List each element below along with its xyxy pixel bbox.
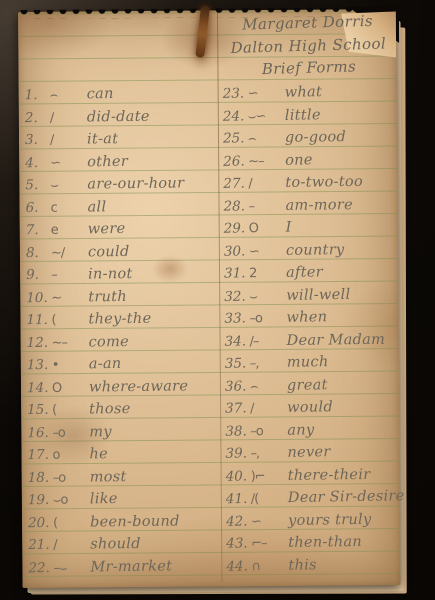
word-label: those (89, 402, 131, 418)
brief-form-row: 4.∽other (25, 147, 128, 171)
row-number: 20. (28, 516, 53, 531)
row-number: 10. (26, 291, 51, 306)
brief-form-row: 13.•a-an (27, 350, 122, 374)
shorthand-symbol: e (51, 223, 88, 239)
brief-form-row: 20.(been-bound (28, 507, 180, 531)
row-number: 29. (224, 222, 249, 237)
brief-form-row: 10.∼truth (26, 282, 127, 306)
shorthand-symbol: o (52, 448, 89, 463)
shorthand-symbol: 2 (249, 266, 286, 281)
brief-form-row: 33.–owhen (224, 303, 327, 327)
row-number: 31. (224, 267, 249, 282)
shorthand-symbol: –o (250, 424, 287, 440)
word-label: go-good (285, 130, 346, 146)
row-number: 32. (224, 290, 249, 305)
word-label: when (286, 310, 327, 326)
brief-form-row: 5.⌣are-our-hour (25, 169, 184, 193)
brief-form-row: 3.∕it-at (25, 125, 119, 148)
row-number: 19. (28, 494, 53, 509)
shorthand-symbol: c (50, 200, 87, 215)
row-number: 18. (28, 471, 53, 486)
word-label: come (89, 335, 130, 351)
row-number: 44. (226, 560, 251, 575)
word-label: he (89, 447, 108, 463)
brief-form-row: 14.Owhere-aware (27, 372, 189, 396)
shorthand-symbol: ∼∕ (51, 245, 88, 260)
word-label: all (87, 200, 106, 216)
row-number: 17. (27, 449, 52, 464)
shorthand-symbol: ( (53, 515, 90, 530)
brief-form-row: 34.∕–Dear Madam (224, 325, 385, 349)
brief-form-row: 29.OI (223, 214, 291, 238)
brief-form-row: 15.(those (27, 395, 131, 418)
brief-form-row: 11.(they-the (26, 305, 151, 329)
word-label: Dear Madam (287, 332, 386, 349)
word-label: one (285, 153, 313, 169)
shorthand-symbol: • (52, 358, 89, 374)
word-label: been-bound (90, 514, 180, 531)
row-number: 7. (26, 224, 51, 239)
shorthand-symbol: ∼– (248, 154, 285, 170)
word-label: am-more (285, 198, 353, 214)
row-number: 33. (224, 312, 249, 327)
shorthand-symbol: ∽ (50, 155, 87, 171)
shorthand-symbol: O (52, 381, 89, 396)
row-number: 27. (223, 178, 248, 193)
row-number: 23. (223, 87, 248, 102)
shorthand-symbol: ∕ (53, 538, 90, 553)
shorthand-symbol: ⌢ (250, 379, 287, 395)
shorthand-symbol: ∼– (52, 335, 89, 350)
brief-form-row: 43.⌐–then-than (226, 528, 362, 552)
brief-form-row: 42.∽yours truly (226, 505, 372, 530)
word-label: most (90, 470, 127, 486)
word-label: my (89, 425, 112, 441)
row-number: 3. (25, 134, 50, 149)
brief-form-row: 31.2after (224, 258, 323, 282)
brief-form-row: 37.∕would (225, 393, 333, 417)
brief-form-row: 28.–am-more (223, 191, 353, 215)
shorthand-symbol: ∕ (248, 176, 285, 192)
brief-form-row: 38.–oany (225, 416, 314, 440)
shorthand-symbol: ∕ (50, 133, 87, 148)
brief-form-row: 9.–in-not (26, 260, 133, 283)
brief-form-row: 35.–,much (225, 348, 329, 372)
brief-form-row: 8.∼∕could (26, 237, 130, 261)
word-label: where-aware (89, 379, 188, 396)
brief-form-row: 22.–⌣Mr-market (28, 552, 172, 577)
word-label: should (90, 537, 141, 553)
shorthand-symbol: ∩ (251, 559, 288, 575)
row-number: 30. (224, 245, 249, 260)
word-label: much (287, 355, 329, 371)
brief-form-row: 40.)⌐there-their (225, 460, 370, 484)
row-number: 38. (225, 425, 250, 440)
word-label: yours truly (288, 512, 372, 529)
shorthand-symbol: )⌐ (251, 469, 288, 484)
row-number: 43. (226, 537, 251, 552)
row-number: 37. (225, 402, 250, 417)
shorthand-symbol: ∕– (250, 334, 287, 349)
brief-form-row: 36.⌢great (225, 371, 328, 395)
shorthand-symbol: –, (250, 446, 287, 462)
row-number: 21. (28, 539, 53, 554)
shorthand-symbol: – (248, 199, 285, 214)
row-number: 11. (26, 314, 51, 329)
row-number: 22. (28, 562, 53, 577)
shorthand-symbol: –, (250, 356, 287, 372)
shorthand-symbol: ∕ (50, 110, 87, 125)
shorthand-symbol: –o (249, 311, 286, 327)
brief-form-row: 24.⌣∽little (223, 101, 321, 125)
word-label: can (87, 87, 114, 103)
shorthand-symbol: ∽ (248, 86, 285, 102)
word-label: what (285, 85, 323, 101)
row-number: 41. (226, 493, 251, 508)
shorthand-symbol: – (51, 268, 88, 283)
word-label: could (88, 244, 130, 260)
word-label: like (90, 492, 118, 508)
row-number: 16. (27, 426, 52, 441)
brief-form-row: 23.∽what (222, 78, 322, 102)
row-number: 8. (26, 246, 51, 261)
brief-form-row: 21.∕should (28, 530, 141, 553)
brief-form-row: 26.∼–one (223, 146, 313, 170)
brief-form-row: 18.–omost (28, 463, 127, 486)
brief-form-row: 19.⌣olike (28, 485, 118, 509)
brief-form-row: 17.ohe (27, 440, 108, 463)
brief-form-row: 39.–,never (225, 438, 330, 462)
brief-form-row: 16.–omy (27, 418, 112, 442)
word-label: to-two-too (285, 175, 363, 192)
word-label: will-well (286, 287, 350, 304)
row-number: 40. (226, 470, 251, 485)
brief-form-row: 27.∕to-two-too (223, 168, 363, 193)
row-number: 35. (225, 357, 250, 372)
word-label: there-their (288, 467, 371, 484)
row-number: 26. (223, 155, 248, 170)
shorthand-symbol: ∽ (249, 244, 286, 260)
word-label: a-an (89, 357, 122, 373)
shorthand-symbol: ∕( (251, 492, 288, 508)
word-label: never (287, 445, 330, 461)
row-number: 34. (225, 335, 250, 350)
brief-form-row: 30.∽country (224, 236, 345, 260)
shorthand-symbol: ( (52, 403, 89, 418)
row-number: 9. (26, 269, 51, 284)
row-number: 4. (25, 156, 50, 171)
row-number: 36. (225, 380, 250, 395)
word-label: did-date (87, 109, 150, 125)
word-label: were (88, 222, 126, 238)
shorthand-symbol: –o (53, 470, 90, 485)
row-number: 39. (225, 447, 250, 462)
word-label: would (287, 400, 333, 416)
shorthand-symbol: –o (52, 425, 89, 441)
word-label: this (288, 558, 317, 574)
word-label: little (285, 108, 321, 124)
word-label: after (286, 265, 323, 281)
shorthand-symbol: ⌣∽ (248, 109, 285, 125)
row-number: 2. (25, 111, 50, 126)
shorthand-symbol: ⌣ (249, 289, 286, 305)
word-label: are-our-hour (87, 176, 184, 193)
word-label: then-than (288, 535, 362, 551)
shorthand-symbol: ∕ (250, 401, 287, 416)
brief-form-row: 7.ewere (26, 215, 126, 239)
word-label: country (286, 243, 345, 259)
shorthand-symbol: ⌢ (50, 88, 87, 104)
shorthand-symbol: –⌣ (53, 561, 90, 577)
word-label: they-the (88, 312, 151, 328)
row-number: 5. (25, 179, 50, 194)
shorthand-symbol: ( (51, 313, 88, 328)
word-label: I (286, 221, 292, 237)
shorthand-symbol: ⌢ (248, 131, 285, 146)
row-number: 14. (27, 381, 52, 396)
word-label: truth (88, 289, 127, 305)
shorthand-symbol: O (249, 221, 286, 237)
brief-form-row: 41.∕(Dear Sir-desire (226, 482, 405, 508)
row-number: 25. (223, 132, 248, 147)
word-label: great (287, 378, 328, 394)
word-label: in-not (88, 267, 133, 283)
shorthand-symbol: ∼ (51, 290, 88, 306)
shorthand-symbol: ⌐– (251, 536, 288, 551)
row-number: 42. (226, 515, 251, 530)
row-number: 6. (25, 201, 50, 216)
brief-form-row: 32.⌣will-well (224, 280, 351, 305)
word-label: any (287, 423, 314, 439)
row-number: 1. (25, 89, 50, 104)
row-number: 28. (223, 200, 248, 215)
brief-form-row: 6.call (25, 193, 106, 216)
brief-form-row: 25.⌢go-good (223, 123, 346, 147)
notebook-page: Margaret Dorris Dalton High School Brief… (18, 9, 401, 588)
shorthand-symbol: ⌣o (53, 493, 90, 509)
row-number: 12. (27, 336, 52, 351)
word-label: it-at (87, 132, 118, 148)
word-label: Mr-market (90, 559, 172, 576)
row-number: 15. (27, 404, 52, 419)
shorthand-symbol: ∽ (251, 514, 288, 530)
brief-form-row: 44.∩this (226, 551, 317, 575)
brief-form-row: 12.∼–come (26, 328, 129, 351)
brief-form-row: 1.⌢can (24, 80, 113, 104)
shorthand-symbol: ⌣ (50, 178, 87, 193)
row-number: 24. (223, 110, 248, 125)
page-header: Margaret Dorris Dalton High School Brief… (219, 8, 397, 81)
word-label: Dear Sir-desire (288, 489, 405, 507)
row-number: 13. (27, 359, 52, 374)
word-label: other (87, 154, 128, 170)
brief-form-row: 2.∕did-date (25, 102, 150, 126)
